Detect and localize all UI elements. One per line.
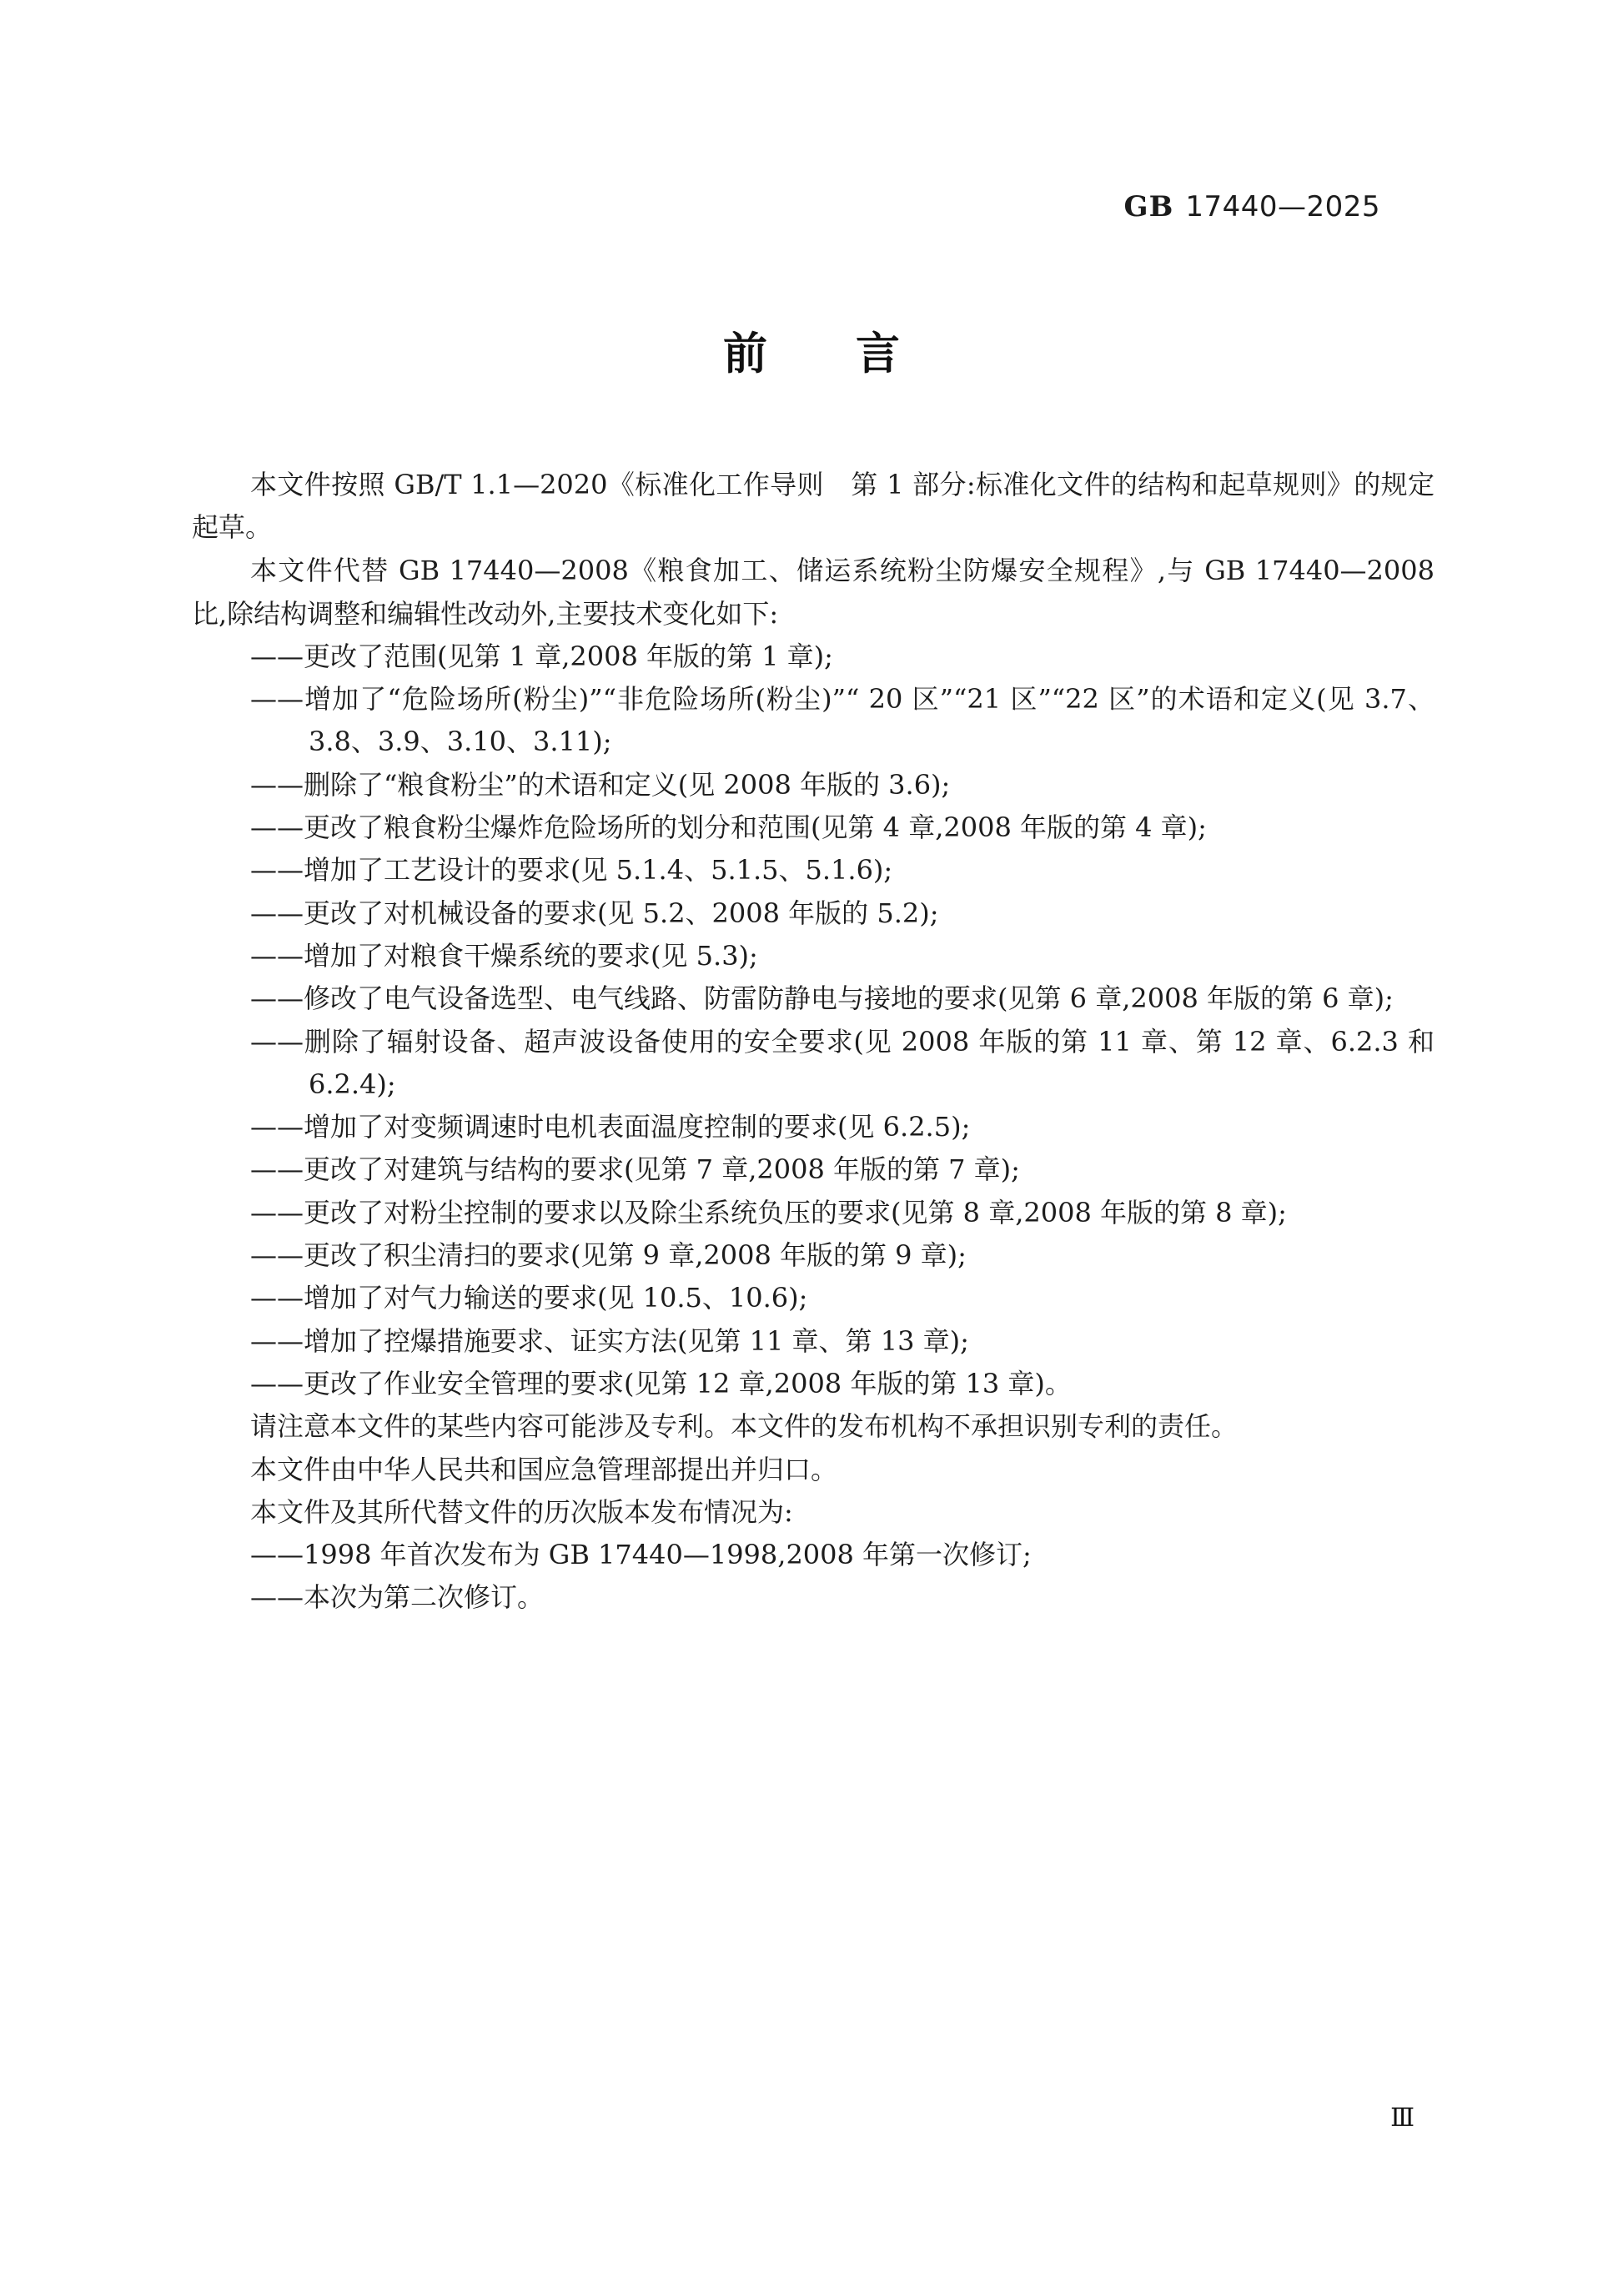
text-line: ——更改了对机械设备的要求(见 5.2、2008 年版的 5.2); xyxy=(192,892,1435,935)
text-line: ——删除了辐射设备、超声波设备使用的安全要求(见 2008 年版的第 11 章、… xyxy=(192,1021,1435,1063)
text-line: ——1998 年首次发布为 GB 17440—1998,2008 年第一次修订; xyxy=(192,1534,1435,1576)
text-line: ——更改了对粉尘控制的要求以及除尘系统负压的要求(见第 8 章,2008 年版的… xyxy=(192,1192,1435,1234)
foreword-body: 本文件按照 GB/T 1.1—2020《标准化工作导则 第 1 部分:标准化文件… xyxy=(192,464,1435,1620)
text-line: ——增加了对变频调速时电机表面温度控制的要求(见 6.2.5); xyxy=(192,1106,1435,1148)
foreword-title-char: 言 xyxy=(856,329,900,379)
text-line: ——增加了控爆措施要求、证实方法(见第 11 章、第 13 章); xyxy=(192,1320,1435,1363)
text-line: ——增加了对气力输送的要求(见 10.5、10.6); xyxy=(192,1277,1435,1319)
text-line: ——更改了作业安全管理的要求(见第 12 章,2008 年版的第 13 章)。 xyxy=(192,1363,1435,1405)
standard-code-number: 17440—2025 xyxy=(1185,190,1380,224)
text-line: ——删除了“粮食粉尘”的术语和定义(见 2008 年版的 3.6); xyxy=(192,764,1435,806)
standard-code: GB 17440—2025 xyxy=(1124,190,1380,224)
text-line: ——增加了工艺设计的要求(见 5.1.4、5.1.5、5.1.6); xyxy=(192,849,1435,892)
text-line: 起草。 xyxy=(192,506,1435,549)
text-line: ——更改了粮食粉尘爆炸危险场所的划分和范围(见第 4 章,2008 年版的第 4… xyxy=(192,806,1435,849)
text-line: 请注意本文件的某些内容可能涉及专利。本文件的发布机构不承担识别专利的责任。 xyxy=(192,1405,1435,1448)
text-line: ——本次为第二次修订。 xyxy=(192,1576,1435,1619)
foreword-title-char: 前 xyxy=(723,329,767,379)
text-line: 本文件及其所代替文件的历次版本发布情况为: xyxy=(192,1491,1435,1534)
text-line: 6.2.4); xyxy=(192,1063,1435,1106)
text-line: 本文件按照 GB/T 1.1—2020《标准化工作导则 第 1 部分:标准化文件… xyxy=(192,464,1435,506)
foreword-title: 前 言 xyxy=(0,329,1623,379)
text-line: 3.8、3.9、3.10、3.11); xyxy=(192,721,1435,763)
text-line: ——更改了积尘清扫的要求(见第 9 章,2008 年版的第 9 章); xyxy=(192,1234,1435,1277)
text-line: 比,除结构调整和编辑性改动外,主要技术变化如下: xyxy=(192,593,1435,636)
document-page: GB 17440—2025 前 言 本文件按照 GB/T 1.1—2020《标准… xyxy=(0,0,1623,2296)
text-line: ——增加了对粮食干燥系统的要求(见 5.3); xyxy=(192,935,1435,977)
text-line: ——增加了“危险场所(粉尘)”“非危险场所(粉尘)”“ 20 区”“21 区”“… xyxy=(192,678,1435,721)
text-line: 本文件由中华人民共和国应急管理部提出并归口。 xyxy=(192,1449,1435,1491)
page-number: Ⅲ xyxy=(1390,2103,1414,2133)
text-line: ——修改了电气设备选型、电气线路、防雷防静电与接地的要求(见第 6 章,2008… xyxy=(192,977,1435,1020)
text-line: 本文件代替 GB 17440—2008《粮食加工、储运系统粉尘防爆安全规程》,与… xyxy=(192,550,1435,593)
standard-code-prefix: GB xyxy=(1124,190,1174,224)
text-line: ——更改了对建筑与结构的要求(见第 7 章,2008 年版的第 7 章); xyxy=(192,1148,1435,1191)
text-line: ——更改了范围(见第 1 章,2008 年版的第 1 章); xyxy=(192,636,1435,678)
